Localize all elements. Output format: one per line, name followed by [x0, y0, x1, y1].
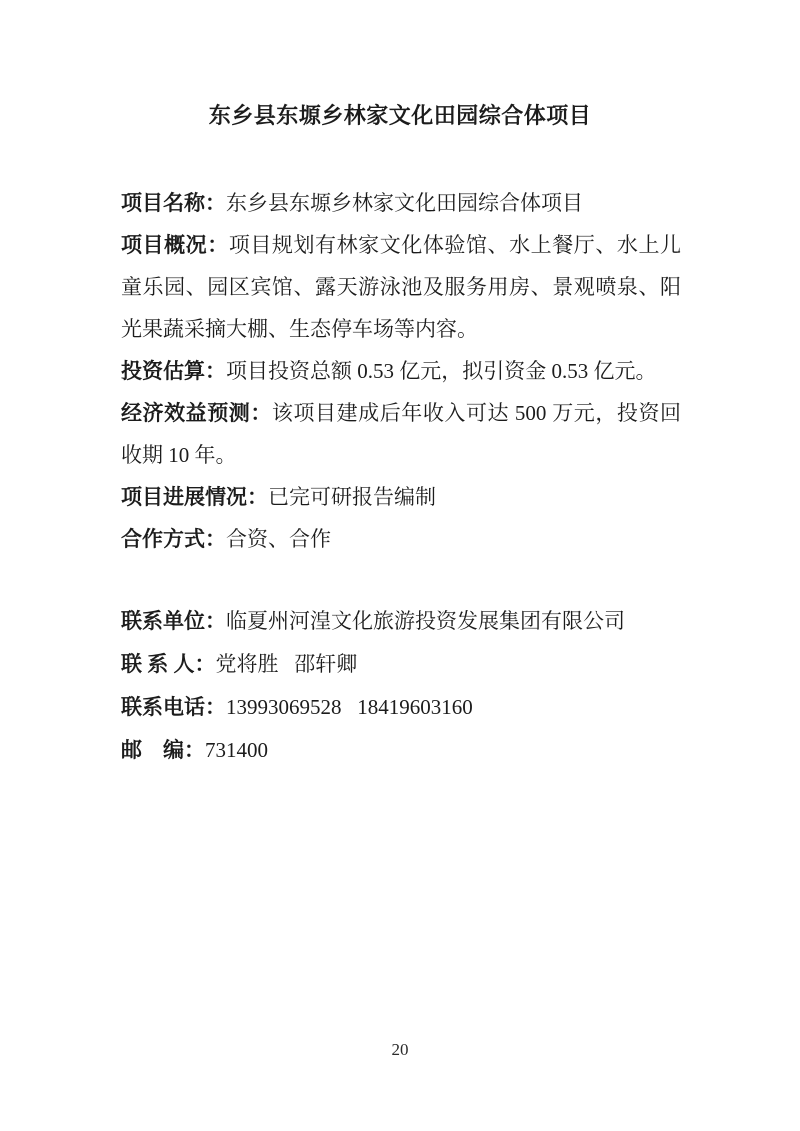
field-label: 经济效益预测： — [121, 401, 272, 425]
field-label: 项目概况： — [121, 233, 229, 257]
field-value: 党将胜 邵轩卿 — [216, 652, 358, 676]
field-label: 合作方式： — [121, 527, 226, 551]
contact-person: 联 系 人：党将胜 邵轩卿 — [121, 643, 681, 686]
field-label: 联系单位： — [121, 609, 226, 633]
field-label: 项目名称： — [121, 191, 226, 215]
field-economic-forecast: 经济效益预测：该项目建成后年收入可达 500 万元，投资回收期 10 年。 — [121, 392, 681, 476]
contact-block: 联系单位：临夏州河湟文化旅游投资发展集团有限公司 联 系 人：党将胜 邵轩卿 联… — [121, 600, 681, 772]
field-value: 项目投资总额 0.53 亿元，拟引资金 0.53 亿元。 — [226, 359, 657, 383]
field-investment-estimate: 投资估算：项目投资总额 0.53 亿元，拟引资金 0.53 亿元。 — [121, 350, 681, 392]
page-number: 20 — [0, 1040, 800, 1060]
field-value: 731400 — [205, 738, 268, 762]
field-project-progress: 项目进展情况：已完可研报告编制 — [121, 476, 681, 518]
field-label: 联 系 人： — [121, 652, 216, 676]
field-value: 13993069528 18419603160 — [226, 695, 473, 719]
field-label: 项目进展情况： — [121, 485, 268, 509]
document-body: 项目名称：东乡县东塬乡林家文化田园综合体项目 项目概况：项目规划有林家文化体验馆… — [121, 182, 681, 772]
field-value: 合资、合作 — [226, 527, 331, 551]
field-value: 已完可研报告编制 — [268, 485, 436, 509]
field-value: 临夏州河湟文化旅游投资发展集团有限公司 — [226, 609, 625, 633]
contact-postcode: 邮 编：731400 — [121, 729, 681, 772]
document-page: 东乡县东塬乡林家文化田园综合体项目 项目名称：东乡县东塬乡林家文化田园综合体项目… — [0, 0, 800, 1131]
field-value: 东乡县东塬乡林家文化田园综合体项目 — [226, 191, 583, 215]
page-title: 东乡县东塬乡林家文化田园综合体项目 — [0, 101, 800, 131]
field-cooperation-mode: 合作方式：合资、合作 — [121, 518, 681, 560]
contact-unit: 联系单位：临夏州河湟文化旅游投资发展集团有限公司 — [121, 600, 681, 643]
field-label: 联系电话： — [121, 695, 226, 719]
field-project-overview: 项目概况：项目规划有林家文化体验馆、水上餐厅、水上儿童乐园、园区宾馆、露天游泳池… — [121, 224, 681, 350]
field-label: 邮 编： — [121, 738, 205, 762]
field-label: 投资估算： — [121, 359, 226, 383]
contact-phone: 联系电话：13993069528 18419603160 — [121, 686, 681, 729]
field-project-name: 项目名称：东乡县东塬乡林家文化田园综合体项目 — [121, 182, 681, 224]
